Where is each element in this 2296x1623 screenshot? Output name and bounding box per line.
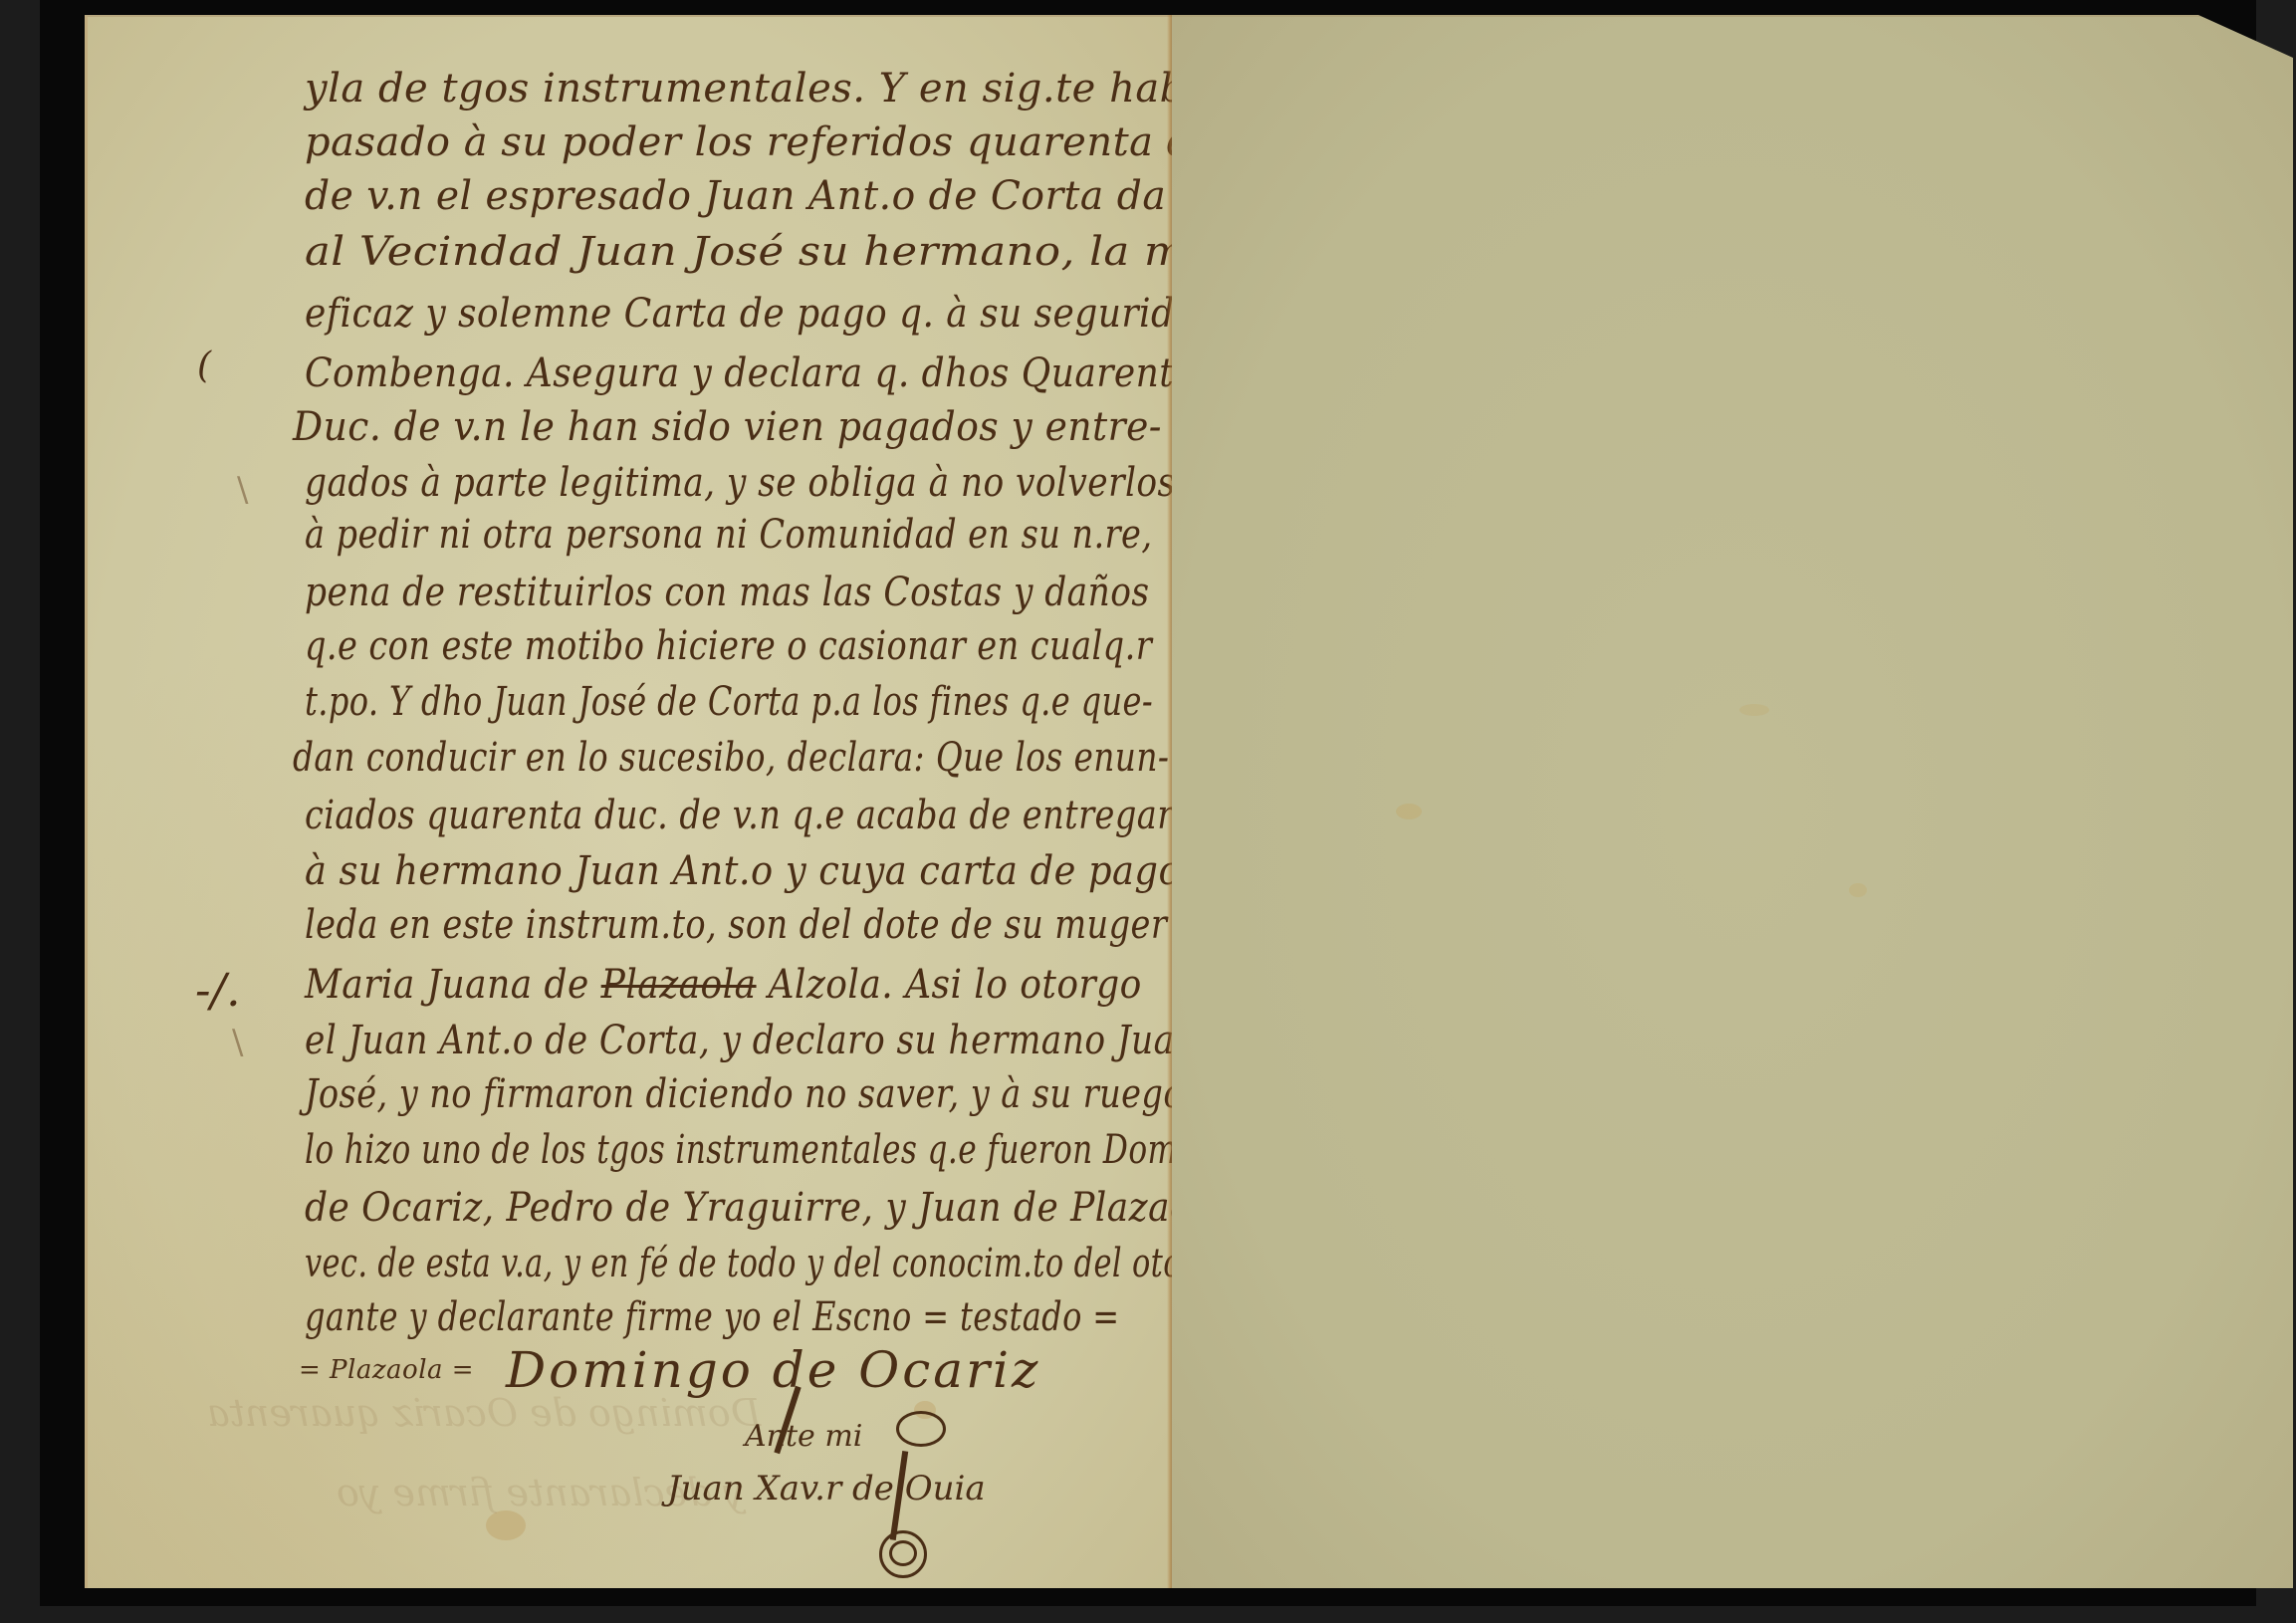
text-line: al Vecindad Juan José su hermano, la mas: [305, 232, 1235, 272]
margin-note: = Plazaola =: [299, 1357, 474, 1383]
margin-mark: -/.: [195, 963, 241, 1017]
text-line: el Juan Ant.o de Corta, y declaro su her…: [305, 1021, 1197, 1060]
signature-ante-mi: Ante mi: [745, 1419, 862, 1454]
foxing-stain: [1849, 883, 1867, 897]
text-line: eficaz y solemne Carta de pago q. à su s…: [305, 294, 1220, 334]
text-line: gante y declarante firme yo el Escno = t…: [305, 1297, 1120, 1337]
text-fragment: Alzola. Asi lo otorgo: [757, 962, 1142, 1008]
text-line: à pedir ni otra persona ni Comunidad en …: [305, 515, 1152, 555]
signature-notary: Juan Xav.r de Ouia: [667, 1469, 986, 1508]
text-line: à su hermano Juan Ant.o y cuya carta de …: [305, 851, 1181, 891]
text-line: Combenga. Asegura y declara q. dhos Quar…: [305, 353, 1196, 393]
text-line: t.po. Y dho Juan José de Corta p.a los f…: [305, 682, 1153, 722]
margin-mark: \: [232, 1023, 243, 1062]
right-page-blank: [1172, 15, 2293, 1588]
text-line: dan conducir en lo sucesibo, declara: Qu…: [293, 738, 1169, 778]
margin-mark: \: [237, 470, 248, 510]
text-line: ciados quarenta duc. de v.n q.e acaba de…: [305, 796, 1174, 835]
text-line: gados à parte legitima, y se obliga à no…: [305, 463, 1176, 503]
text-line: q.e con este motibo hiciere o casionar e…: [305, 626, 1152, 666]
struck-word: Plazaola: [601, 962, 757, 1008]
text-line: lo hizo uno de los tgos instrumentales q…: [305, 1130, 1207, 1170]
document-viewer: Domingo de Ocariz quarenta y declarante …: [0, 0, 2296, 1623]
text-line: de Ocariz, Pedro de Yraguirre, y Juan de…: [305, 1188, 1226, 1228]
rubric-flourish-icon: [896, 1411, 946, 1447]
text-line: pasado à su poder los referidos quarenta…: [305, 122, 1275, 162]
scan-area: Domingo de Ocariz quarenta y declarante …: [40, 0, 2256, 1606]
text-line-with-strike: Maria Juana de Plazaola Alzola. Asi lo o…: [305, 965, 1142, 1005]
text-line: pena de restituirlos con mas las Costas …: [305, 573, 1149, 612]
text-line: leda en este instrum.to, son del dote de…: [305, 905, 1167, 945]
rubric-flourish-icon: [889, 1540, 917, 1566]
handwritten-text: yla de tgos instrumentales. Y en sig.te …: [88, 17, 1175, 1590]
signature-domingo-de-ocariz: Domingo de Ocariz: [506, 1341, 1040, 1399]
text-fragment: Maria Juana de: [305, 962, 601, 1008]
text-line: Duc. de v.n le han sido vien pagados y e…: [293, 407, 1162, 447]
text-line: José, y no firmaron diciendo no saver, y…: [305, 1074, 1184, 1114]
text-line: vec. de esta v.a, y en fé de todo y del …: [305, 1244, 1208, 1283]
manuscript-spread: Domingo de Ocariz quarenta y declarante …: [40, 0, 2256, 1606]
margin-mark: (: [197, 346, 211, 386]
foxing-stain: [1739, 704, 1769, 716]
left-page: Domingo de Ocariz quarenta y declarante …: [85, 15, 1172, 1588]
foxing-stain: [1396, 804, 1422, 819]
